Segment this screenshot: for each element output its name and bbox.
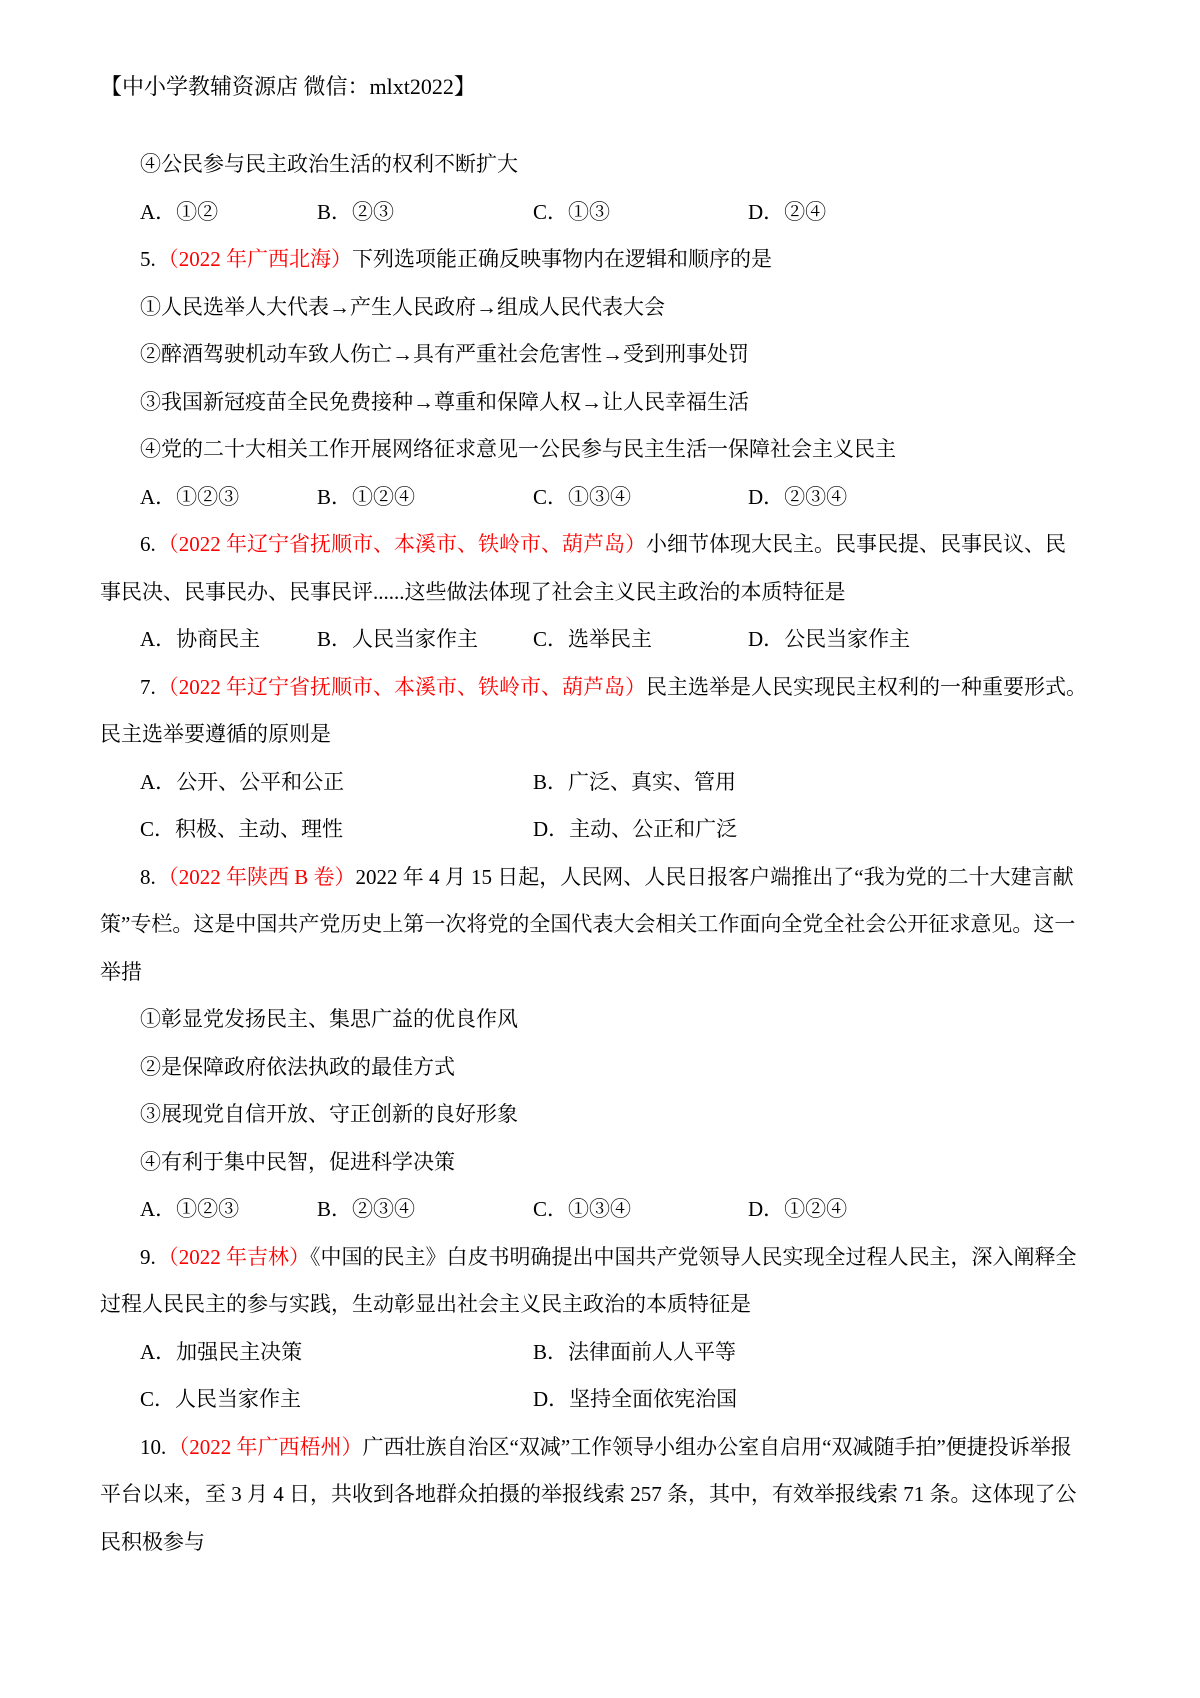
question-10-stem-text: 广西壮族自治区“双减”工作领导小组办公室自启用“双减随手拍”便捷投诉举报 xyxy=(363,1435,1072,1459)
question-5-option-d: D．②③④ xyxy=(748,474,847,522)
question-9-number: 9. xyxy=(140,1245,158,1269)
question-7-option-b: B．广泛、真实、管用 xyxy=(533,759,736,807)
question-5-option-a: A．①②③ xyxy=(140,474,239,522)
store-watermark: 【中小学教辅资源店 微信：mlxt2022】 xyxy=(0,0,1200,101)
document-page: 【中小学教辅资源店 微信：mlxt2022】 ④公民参与民主政治生活的权利不断扩… xyxy=(0,0,1200,1698)
question-7-option-d: D．主动、公正和广泛 xyxy=(533,806,737,854)
question-5-item-3: ③我国新冠疫苗全民免费接种→尊重和保障人权→让人民幸福生活 xyxy=(0,379,1200,427)
question-9-option-c: C．人民当家作主 xyxy=(140,1376,301,1424)
question-7-source: （2022 年辽宁省抚顺市、本溪市、铁岭市、葫芦岛） xyxy=(158,675,646,699)
question-10-stem-line-2: 平台以来，至 3 月 4 日，共收到各地群众拍摄的举报线索 257 条，其中，有… xyxy=(0,1471,1200,1519)
question-8-stem-line-3: 举措 xyxy=(0,949,1200,997)
question-4-option-b: B．②③ xyxy=(317,189,394,237)
question-8-item-3: ③展现党自信开放、守正创新的良好形象 xyxy=(0,1091,1200,1139)
question-4-option-d: D．②④ xyxy=(748,189,826,237)
question-5-options: A．①②③ B．①②④ C．①③④ D．②③④ xyxy=(0,474,1200,522)
question-8-option-b: B．②③④ xyxy=(317,1186,415,1234)
question-7-number: 7. xyxy=(140,675,158,699)
question-7-stem-line-2: 民主选举要遵循的原则是 xyxy=(0,711,1200,759)
question-9-stem-line-2: 过程人民民主的参与实践，生动彰显出社会主义民主政治的本质特征是 xyxy=(0,1281,1200,1329)
question-8-stem-line-2: 策”专栏。这是中国共产党历史上第一次将党的全国代表大会相关工作面向全党全社会公开… xyxy=(0,901,1200,949)
question-4-option-c: C．①③ xyxy=(533,189,610,237)
exam-content: ④公民参与民主政治生活的权利不断扩大 A．①② B．②③ C．①③ D．②④ 5… xyxy=(0,141,1200,1566)
question-10-stem-line-3: 民积极参与 xyxy=(0,1519,1200,1567)
question-6-stem-line-2: 事民决、民事民办、民事民评......这些做法体现了社会主义民主政治的本质特征是 xyxy=(0,569,1200,617)
question-8-option-d: D．①②④ xyxy=(748,1186,847,1234)
question-8-number: 8. xyxy=(140,865,158,889)
question-9-option-d: D．坚持全面依宪治国 xyxy=(533,1376,737,1424)
question-10-number: 10. xyxy=(140,1435,168,1459)
question-6-source: （2022 年辽宁省抚顺市、本溪市、铁岭市、葫芦岛） xyxy=(158,532,646,556)
question-5-item-4: ④党的二十大相关工作开展网络征求意见一公民参与民主生活一保障社会主义民主 xyxy=(0,426,1200,474)
question-5-number: 5. xyxy=(140,247,158,271)
question-7-options-row-2: C．积极、主动、理性 D．主动、公正和广泛 xyxy=(0,806,1200,854)
question-4-options: A．①② B．②③ C．①③ D．②④ xyxy=(0,189,1200,237)
question-5-stem: 5.（2022 年广西北海）下列选项能正确反映事物内在逻辑和顺序的是 xyxy=(0,236,1200,284)
question-9-options-row-2: C．人民当家作主 D．坚持全面依宪治国 xyxy=(0,1376,1200,1424)
question-8-options: A．①②③ B．②③④ C．①③④ D．①②④ xyxy=(0,1186,1200,1234)
question-6-stem-line-1: 6.（2022 年辽宁省抚顺市、本溪市、铁岭市、葫芦岛）小细节体现大民主。民事民… xyxy=(0,521,1200,569)
question-5-stem-text: 下列选项能正确反映事物内在逻辑和顺序的是 xyxy=(352,247,772,271)
question-5-source: （2022 年广西北海） xyxy=(158,247,352,271)
question-6-stem-text: 小细节体现大民主。民事民提、民事民议、民 xyxy=(646,532,1066,556)
question-8-option-a: A．①②③ xyxy=(140,1186,239,1234)
question-9-stem-line-1: 9.（2022 年吉林）《中国的民主》白皮书明确提出中国共产党领导人民实现全过程… xyxy=(0,1234,1200,1282)
question-7-option-c: C．积极、主动、理性 xyxy=(140,806,343,854)
question-6-number: 6. xyxy=(140,532,158,556)
question-6-option-b: B．人民当家作主 xyxy=(317,616,478,664)
question-8-item-2: ②是保障政府依法执政的最佳方式 xyxy=(0,1044,1200,1092)
question-8-stem-line-1: 8.（2022 年陕西 B 卷）2022 年 4 月 15 日起，人民网、人民日… xyxy=(0,854,1200,902)
question-6-option-a: A．协商民主 xyxy=(140,616,260,664)
question-7-stem-line-1: 7.（2022 年辽宁省抚顺市、本溪市、铁岭市、葫芦岛）民主选举是人民实现民主权… xyxy=(0,664,1200,712)
question-6-options: A．协商民主 B．人民当家作主 C．选举民主 D．公民当家作主 xyxy=(0,616,1200,664)
question-4-option-a: A．①② xyxy=(140,189,218,237)
question-4-item-4: ④公民参与民主政治生活的权利不断扩大 xyxy=(0,141,1200,189)
question-8-item-4: ④有利于集中民智，促进科学决策 xyxy=(0,1139,1200,1187)
question-9-options-row-1: A．加强民主决策 B．法律面前人人平等 xyxy=(0,1329,1200,1377)
question-9-option-a: A．加强民主决策 xyxy=(140,1329,302,1377)
question-8-option-c: C．①③④ xyxy=(533,1186,631,1234)
question-8-source: （2022 年陕西 B 卷） xyxy=(158,865,356,889)
question-7-stem-text: 民主选举是人民实现民主权利的一种重要形式。 xyxy=(646,675,1087,699)
question-6-option-c: C．选举民主 xyxy=(533,616,652,664)
question-5-option-b: B．①②④ xyxy=(317,474,415,522)
question-5-item-1: ①人民选举人大代表→产生人民政府→组成人民代表大会 xyxy=(0,284,1200,332)
question-9-source: （2022 年吉林） xyxy=(158,1245,310,1269)
question-9-option-b: B．法律面前人人平等 xyxy=(533,1329,736,1377)
question-5-option-c: C．①③④ xyxy=(533,474,631,522)
question-6-option-d: D．公民当家作主 xyxy=(748,616,910,664)
question-10-source: （2022 年广西梧州） xyxy=(168,1435,362,1459)
question-8-stem-text: 2022 年 4 月 15 日起，人民网、人民日报客户端推出了“我为党的二十大建… xyxy=(356,865,1074,889)
question-7-option-a: A．公开、公平和公正 xyxy=(140,759,344,807)
question-5-item-2: ②醉酒驾驶机动车致人伤亡→具有严重社会危害性→受到刑事处罚 xyxy=(0,331,1200,379)
question-10-stem-line-1: 10.（2022 年广西梧州）广西壮族自治区“双减”工作领导小组办公室自启用“双… xyxy=(0,1424,1200,1472)
question-8-item-1: ①彰显党发扬民主、集思广益的优良作风 xyxy=(0,996,1200,1044)
question-7-options-row-1: A．公开、公平和公正 B．广泛、真实、管用 xyxy=(0,759,1200,807)
question-9-stem-text: 《中国的民主》白皮书明确提出中国共产党领导人民实现全过程人民主，深入阐释全 xyxy=(310,1245,1077,1269)
